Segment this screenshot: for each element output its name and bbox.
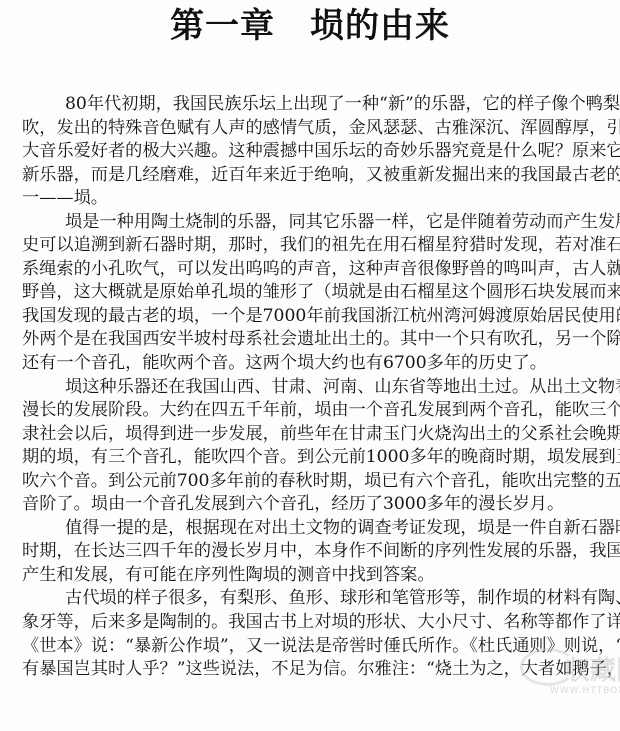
- text-line: 80年代初期，我国民族乐坛上出现了一种“新”的乐器，它的样子像个鸭梨，双手捧着: [22, 93, 602, 117]
- text-line: 外两个是在我国西安半坡村母系社会遗址出土的。其中一个只有吹孔，另一个除了吹孔以外…: [22, 328, 602, 352]
- text-line: 大音乐爱好者的极大兴趣。这种震撼中国乐坛的奇妙乐器究竟是什么呢？原来它并非是什么: [22, 140, 602, 164]
- text-line: 《世本》说：“暴新公作埙”，又一说法是帝喾时倕氏所作。《杜氏通则》则说，“周畿内: [22, 635, 602, 659]
- text-line: 埙这种乐器还在我国山西、甘肃、河南、山东省等地出土过。从出土文物看，埙经历了: [22, 376, 602, 400]
- text-line: 野兽，这大概就是原始单孔埙的雏形了（埙就是由石榴星这个圆形石块发展而来的）。目前: [22, 281, 602, 305]
- chapter-body: 80年代初期，我国民族乐坛上出现了一种“新”的乐器，它的样子像个鸭梨，双手捧着 …: [22, 93, 602, 682]
- watermark-url: WWW.HTTBOX.COM: [550, 686, 620, 696]
- text-line: 新乐器，而是几经磨难，近百年来近于绝响，又被重新发掘出来的我国最古老的民族乐器之: [22, 164, 602, 188]
- text-line: 有暴国岂其时人乎？”这些说法，不足为信。尔雅注：“烧土为之，大者如鹅子，锐上平: [22, 658, 602, 682]
- chapter-title: 第一章 埙的由来: [0, 6, 620, 46]
- text-line: 史可以追溯到新石器时期，那时，我们的祖先在用石榴星狩猎时发现，若对准石榴星上用来: [22, 234, 602, 258]
- text-line: 吹六个音。到公元前700多年前的春秋时期，埙已有六个音孔，能吹出完整的五声音阶和…: [22, 470, 602, 494]
- text-line: 漫长的发展阶段。大约在四五千年前，埙由一个音孔发展到两个音孔，能吹三个音。进入奴: [22, 399, 602, 423]
- paragraph-5: 古代埙的样子很多，有梨形、鱼形、球形和笔管形等，制作埙的材料有陶、石、玉、木、 …: [22, 587, 602, 681]
- text-line: 音阶了。埙由一个音孔发展到六个音孔，经历了3000多年的漫长岁月。: [22, 493, 602, 517]
- text-line: 我国发现的最古老的埙，一个是7000年前我国浙江杭州湾河姆渡原始居民使用的一孔埙…: [22, 305, 602, 329]
- text-line: 还有一个音孔，能吹两个音。这两个埙大约也有6700多年的历史了。: [22, 352, 602, 376]
- text-line: 隶社会以后，埙得到进一步发展，前些年在甘肃玉门火烧沟出土的父系社会晚期至奴隶社会…: [22, 423, 602, 447]
- paragraph-2: 埙是一种用陶土烧制的乐器，同其它乐器一样，它是伴随着劳动而产生发展的。埙的历 史…: [22, 211, 602, 376]
- paragraph-1: 80年代初期，我国民族乐坛上出现了一种“新”的乐器，它的样子像个鸭梨，双手捧着 …: [22, 93, 602, 211]
- text-line: 值得一提的是，根据现在对出土文物的调查考证发现，埙是一件自新石器时期到夏、商: [22, 517, 602, 541]
- text-line: 埙是一种用陶土烧制的乐器，同其它乐器一样，它是伴随着劳动而产生发展的。埙的历: [22, 211, 602, 235]
- text-line: 吹，发出的特殊音色赋有人声的感情气质，金风瑟瑟、古雅深沉、浑圆醇厚，引起了中外广: [22, 117, 602, 141]
- text-line: 产生和发展，有可能在序列性陶埙的测音中找到答案。: [22, 564, 602, 588]
- text-line: 系绳索的小孔吹气，可以发出呜呜的声音，这种声音很像野兽的鸣叫声，古人就用它来诱惑: [22, 258, 602, 282]
- paragraph-4: 值得一提的是，根据现在对出土文物的调查考证发现，埙是一件自新石器时期到夏、商 时…: [22, 517, 602, 588]
- text-line: 古代埙的样子很多，有梨形、鱼形、球形和笔管形等，制作埙的材料有陶、石、玉、木、: [22, 587, 602, 611]
- text-line: 时期，在长达三四千年的漫长岁月中，本身作不间断的序列性发展的乐器，我国古代音阶的: [22, 540, 602, 564]
- book-page: 第一章 埙的由来 80年代初期，我国民族乐坛上出现了一种“新”的乐器，它的样子像…: [0, 0, 620, 731]
- text-line: 一——埙。: [22, 187, 602, 211]
- text-line: 象牙等，后来多是陶制的。我国古书上对埙的形状、大小尺寸、名称等都作了详细的记载。: [22, 611, 602, 635]
- text-line: 期的埙，有三个音孔，能吹四个音。到公元前1000多年的晚商时期，埙发展到五个音孔…: [22, 446, 602, 470]
- paragraph-3: 埙这种乐器还在我国山西、甘肃、河南、山东省等地出土过。从出土文物看，埙经历了 漫…: [22, 376, 602, 517]
